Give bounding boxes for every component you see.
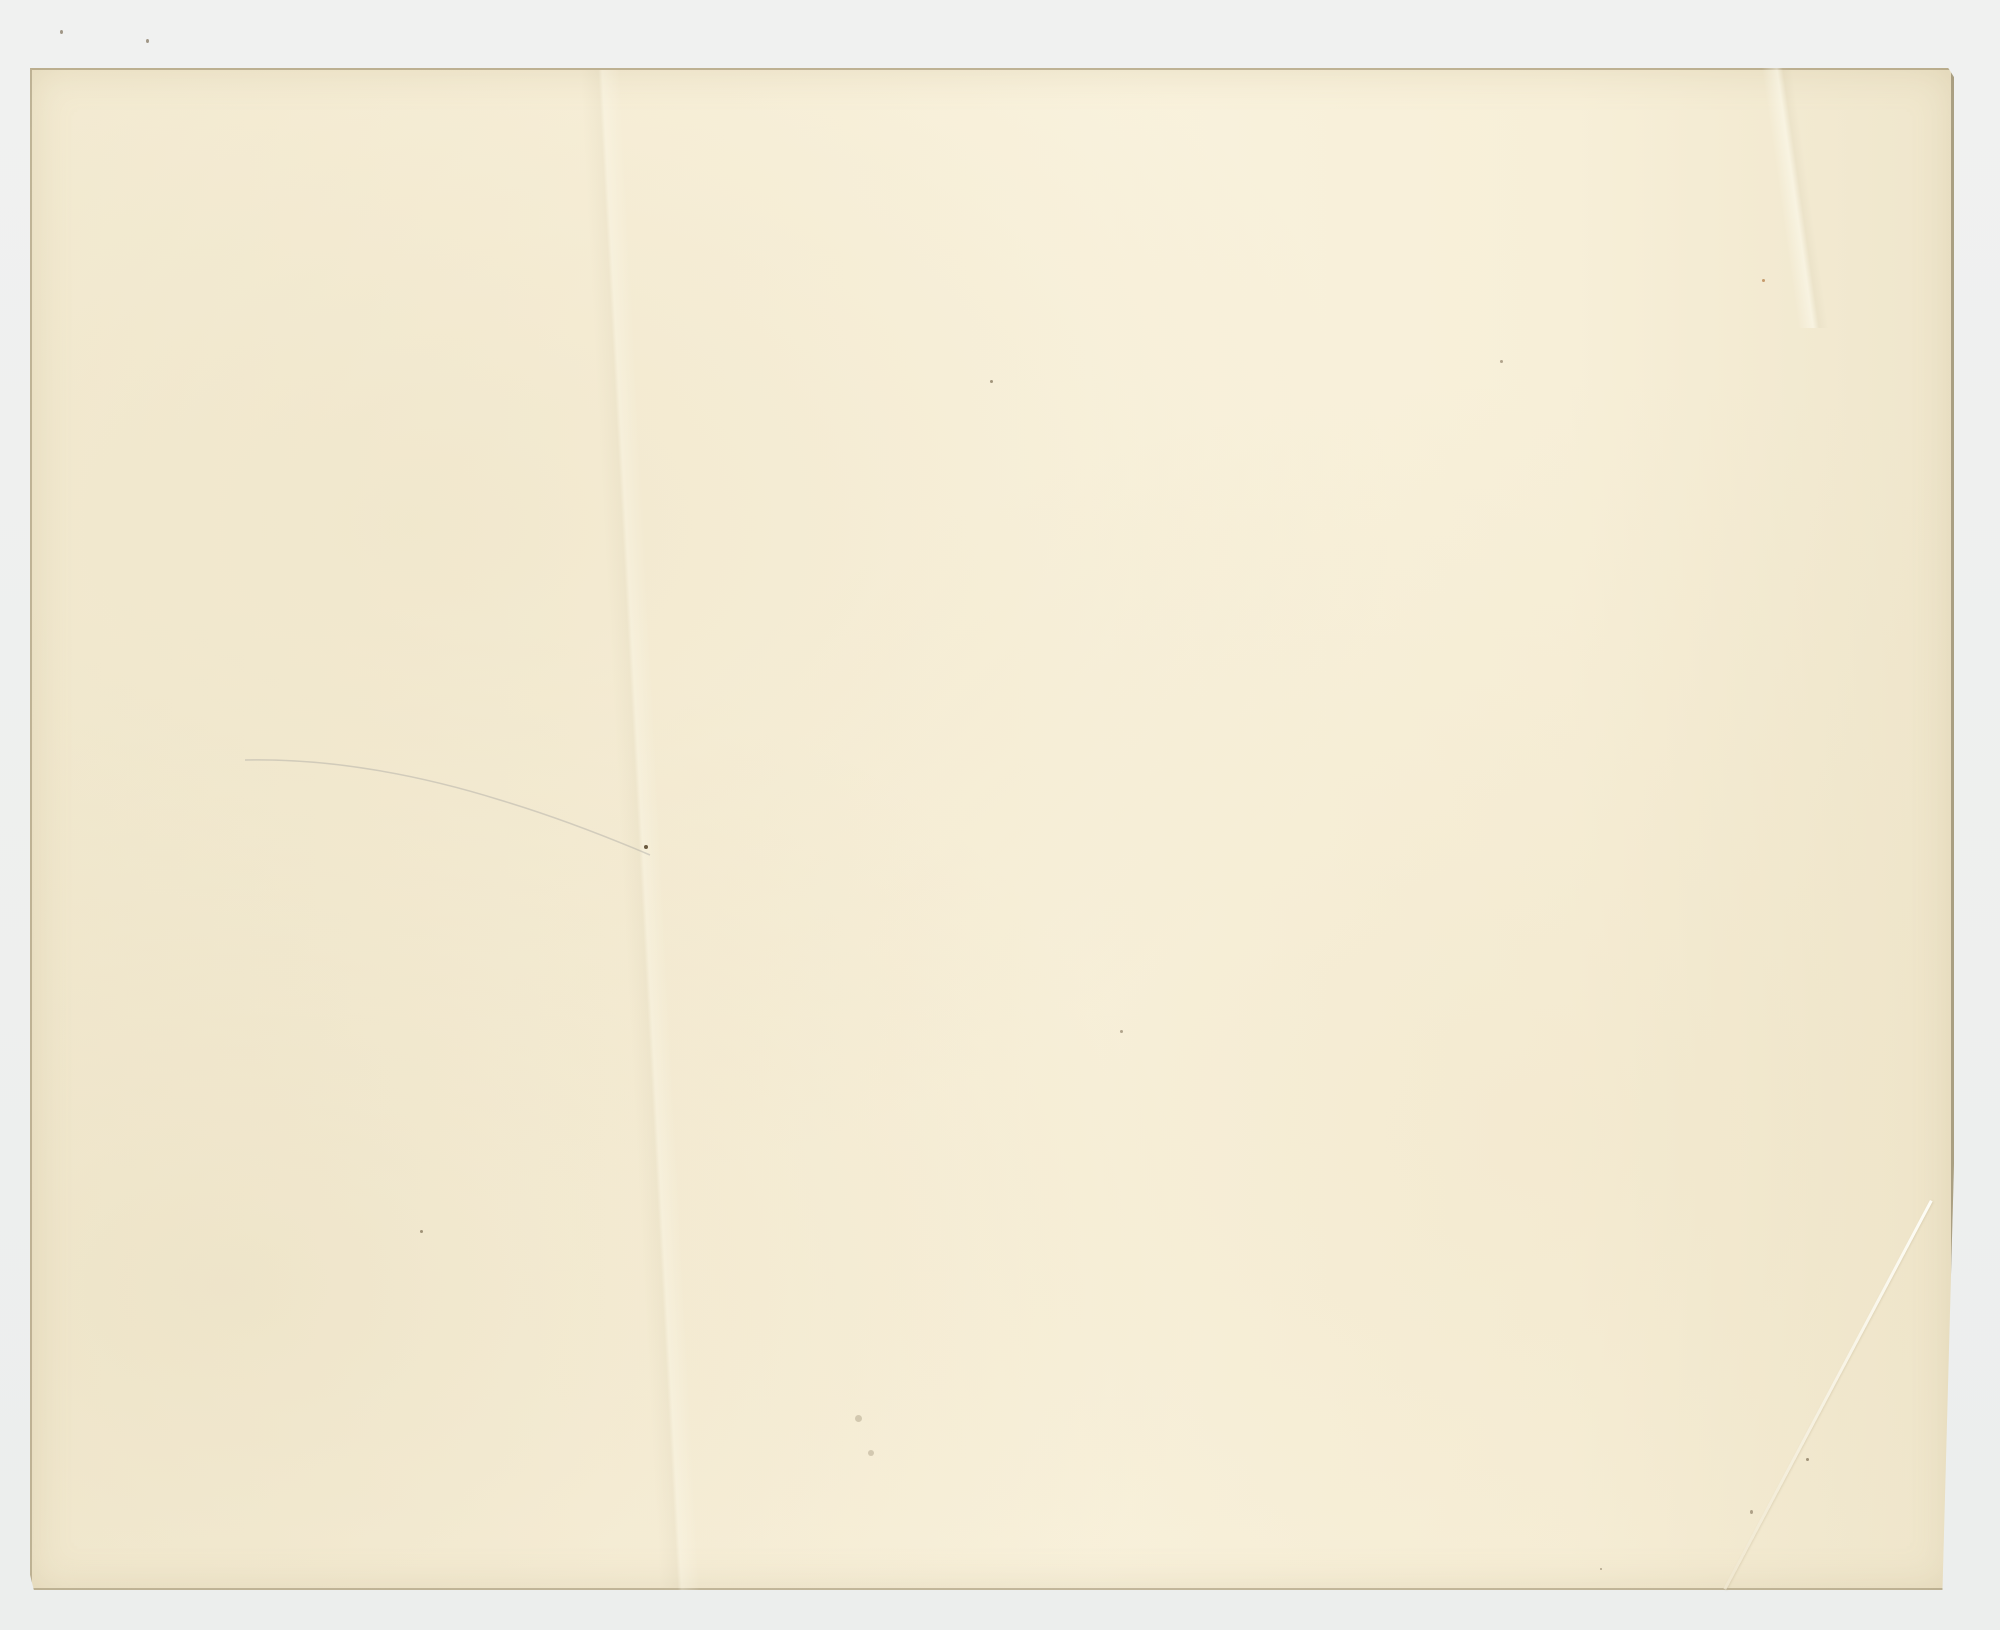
speck-mark: [990, 380, 993, 383]
speck-mark: [1500, 360, 1503, 363]
speck-mark: [1762, 279, 1765, 282]
speck-mark: [146, 39, 149, 43]
speck-mark: [1120, 1030, 1123, 1033]
speck-mark: [1600, 1568, 1602, 1570]
speck-mark: [60, 30, 63, 34]
speck-mark: [420, 1230, 423, 1233]
blank-paper-sheet: [30, 68, 1954, 1590]
speck-mark: [868, 1450, 874, 1456]
speck-mark: [855, 1415, 862, 1422]
speck-mark: [1806, 1458, 1809, 1461]
speck-mark: [1750, 1510, 1753, 1514]
scanner-background: [0, 0, 2000, 1630]
speck-mark: [644, 845, 648, 849]
